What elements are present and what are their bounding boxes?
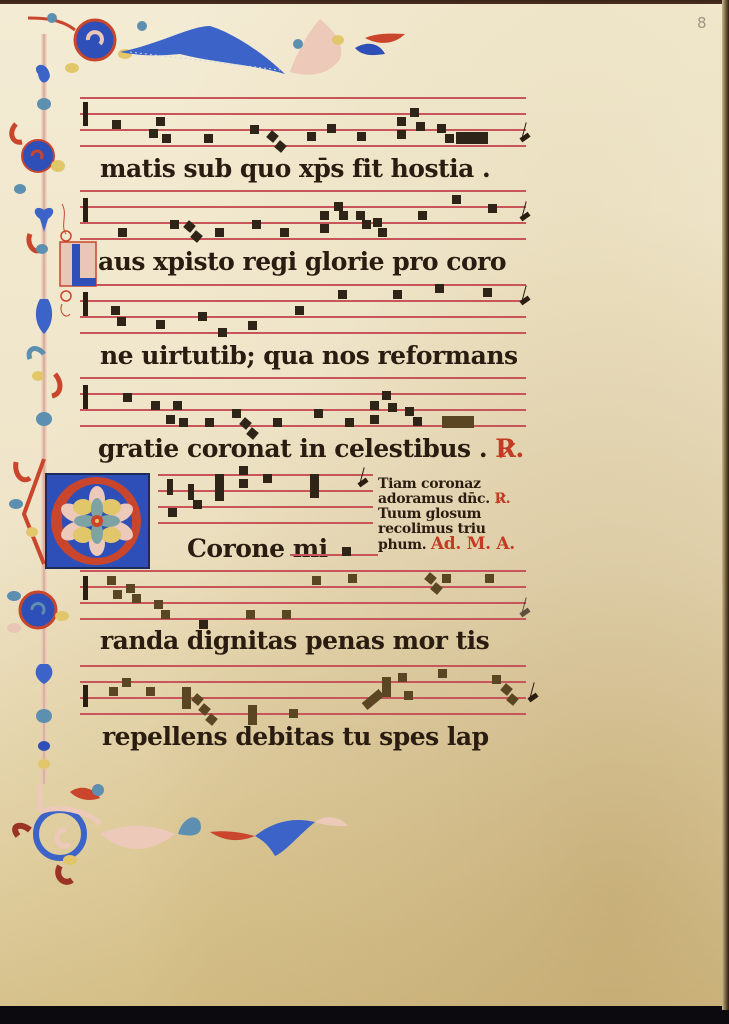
bottom-border-scroll-icon [15, 784, 348, 882]
page-edge [722, 0, 729, 1010]
illuminated-border [0, 4, 729, 1014]
initial-o-icon [46, 474, 149, 568]
initial-l-icon [60, 204, 96, 316]
left-border-vine-icon [7, 34, 69, 784]
top-border-acanthus-icon [28, 13, 405, 75]
manuscript-page: 8 matis sub quo xp̄s fit hostia . [0, 4, 724, 1006]
